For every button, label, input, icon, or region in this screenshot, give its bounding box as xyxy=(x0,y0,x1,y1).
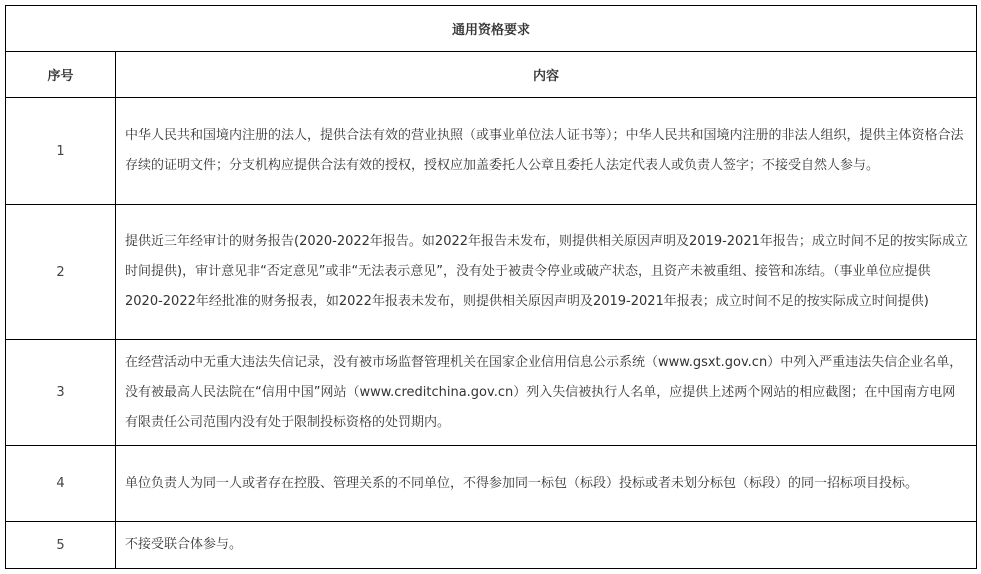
row-index: 3 xyxy=(6,340,116,446)
header-content: 内容 xyxy=(116,52,977,98)
table-row: 2 提供近三年经审计的财务报告(2020-2022年报告。如2022年报告未发布… xyxy=(6,205,977,340)
row-index: 2 xyxy=(6,205,116,340)
header-index: 序号 xyxy=(6,52,116,98)
table-row: 5 不接受联合体参与。 xyxy=(6,522,977,569)
row-content: 单位负责人为同一人或者存在控股、管理关系的不同单位，不得参加同一标包（标段）投标… xyxy=(116,446,977,522)
table-row: 1 中华人民共和国境内注册的法人，提供合法有效的营业执照（或事业单位法人证书等）… xyxy=(6,98,977,205)
table-title: 通用资格要求 xyxy=(6,6,977,52)
row-content: 中华人民共和国境内注册的法人，提供合法有效的营业执照（或事业单位法人证书等）；中… xyxy=(116,98,977,205)
table-row: 4 单位负责人为同一人或者存在控股、管理关系的不同单位，不得参加同一标包（标段）… xyxy=(6,446,977,522)
row-index: 5 xyxy=(6,522,116,569)
table-row: 3 在经营活动中无重大违法失信记录，没有被市场监督管理机关在国家企业信用信息公示… xyxy=(6,340,977,446)
row-index: 4 xyxy=(6,446,116,522)
table-title-row: 通用资格要求 xyxy=(6,6,977,52)
row-index: 1 xyxy=(6,98,116,205)
qualification-requirements-table: 通用资格要求 序号 内容 1 中华人民共和国境内注册的法人，提供合法有效的营业执… xyxy=(5,5,977,569)
row-content: 提供近三年经审计的财务报告(2020-2022年报告。如2022年报告未发布，则… xyxy=(116,205,977,340)
row-content: 在经营活动中无重大违法失信记录，没有被市场监督管理机关在国家企业信用信息公示系统… xyxy=(116,340,977,446)
table-header-row: 序号 内容 xyxy=(6,52,977,98)
row-content: 不接受联合体参与。 xyxy=(116,522,977,569)
